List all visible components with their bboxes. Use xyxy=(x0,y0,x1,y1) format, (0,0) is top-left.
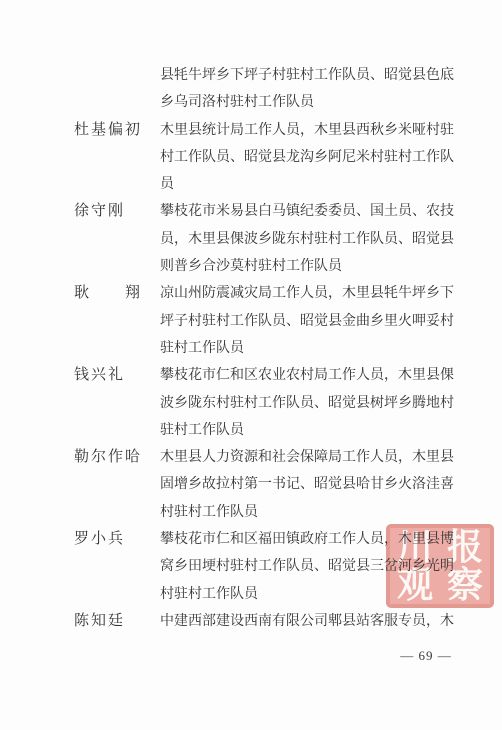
role-text-line: 县牦牛坪乡下坪子村驻村工作队员、昭觉县色底 xyxy=(160,62,455,89)
role-text-line: 驻村工作队员 xyxy=(160,417,455,444)
person-name: 徐守刚 xyxy=(74,198,160,225)
person-name: 罗小兵 xyxy=(74,526,160,553)
page-number: — 69 — xyxy=(396,648,456,664)
role-text-line: 攀枝花市仁和区农业农村局工作人员，木里县倮 xyxy=(160,362,455,389)
role-text-line: 木里县统计局工作人员，木里县西秋乡米哑村驻 xyxy=(160,117,455,144)
person-name: 杜基偏初 xyxy=(74,117,160,144)
list-entry: 徐守刚 攀枝花市米易县白马镇纪委委员、国土员、农技 员，木里县倮波乡陇东村驻村工… xyxy=(74,198,456,280)
role-text-line: 村驻村工作队员 xyxy=(160,499,455,526)
personnel-list: 县牦牛坪乡下坪子村驻村工作队员、昭觉县色底 乡乌司洛村驻村工作队员 杜基偏初 木… xyxy=(74,62,456,635)
list-entry: 钱兴礼 攀枝花市仁和区农业农村局工作人员，木里县倮 波乡陇东村驻村工作队员、昭觉… xyxy=(74,362,456,444)
person-roles: 凉山州防震减灾局工作人员，木里县牦牛坪乡下 坪子村驻村工作队员、昭觉县金曲乡里火… xyxy=(160,280,455,362)
person-name: 陈知廷 xyxy=(74,608,160,635)
role-text-line: 木里县人力资源和社会保障局工作人员，木里县 xyxy=(160,444,455,471)
list-entry-continuation: 县牦牛坪乡下坪子村驻村工作队员、昭觉县色底 乡乌司洛村驻村工作队员 xyxy=(74,62,456,117)
list-entry: 耿 翔 凉山州防震减灾局工作人员，木里县牦牛坪乡下 坪子村驻村工作队员、昭觉县金… xyxy=(74,280,456,362)
person-roles: 攀枝花市仁和区农业农村局工作人员，木里县倮 波乡陇东村驻村工作队员、昭觉县树坪乡… xyxy=(160,362,455,444)
role-text-line: 坪子村驻村工作队员、昭觉县金曲乡里火呷妥村 xyxy=(160,308,455,335)
list-entry: 勒尔作哈 木里县人力资源和社会保障局工作人员，木里县 固增乡故拉村第一书记、昭觉… xyxy=(74,444,456,526)
list-entry: 罗小兵 攀枝花市仁和区福田镇政府工作人员，木里县博 窝乡田埂村驻村工作队员、昭觉… xyxy=(74,526,456,608)
person-name: 钱兴礼 xyxy=(74,362,160,389)
person-roles: 县牦牛坪乡下坪子村驻村工作队员、昭觉县色底 乡乌司洛村驻村工作队员 xyxy=(160,62,455,117)
person-roles: 木里县人力资源和社会保障局工作人员，木里县 固增乡故拉村第一书记、昭觉县哈甘乡火… xyxy=(160,444,455,526)
list-entry: 陈知廷 中建西部建设西南有限公司郫县站客服专员，木 xyxy=(74,608,456,635)
role-text-line: 窝乡田埂村驻村工作队员、昭觉县三岔河乡光明 xyxy=(160,553,455,580)
document-page: 川 报 观 察 县牦牛坪乡下坪子村驻村工作队员、昭觉县色底 乡乌司洛村驻村工作队… xyxy=(0,0,502,730)
person-roles: 攀枝花市米易县白马镇纪委委员、国土员、农技 员，木里县倮波乡陇东村驻村工作队员、… xyxy=(160,198,455,280)
role-text-line: 员 xyxy=(160,171,455,198)
role-text-line: 村工作队员、昭觉县龙沟乡阿尼米村驻村工作队 xyxy=(160,144,455,171)
role-text-line: 攀枝花市仁和区福田镇政府工作人员，木里县博 xyxy=(160,526,455,553)
person-roles: 木里县统计局工作人员，木里县西秋乡米哑村驻 村工作队员、昭觉县龙沟乡阿尼米村驻村… xyxy=(160,117,455,199)
role-text-line: 乡乌司洛村驻村工作队员 xyxy=(160,89,455,116)
person-name: 耿 翔 xyxy=(74,280,160,307)
role-text-line: 则普乡合沙莫村驻村工作队员 xyxy=(160,253,455,280)
role-text-line: 中建西部建设西南有限公司郫县站客服专员，木 xyxy=(160,608,455,635)
role-text-line: 波乡陇东村驻村工作队员、昭觉县树坪乡腾地村 xyxy=(160,390,455,417)
person-roles: 中建西部建设西南有限公司郫县站客服专员，木 xyxy=(160,608,455,635)
role-text-line: 驻村工作队员 xyxy=(160,335,455,362)
list-entry: 杜基偏初 木里县统计局工作人员，木里县西秋乡米哑村驻 村工作队员、昭觉县龙沟乡阿… xyxy=(74,117,456,199)
role-text-line: 攀枝花市米易县白马镇纪委委员、国土员、农技 xyxy=(160,198,455,225)
role-text-line: 固增乡故拉村第一书记、昭觉县哈甘乡火洛洼喜 xyxy=(160,471,455,498)
role-text-line: 凉山州防震减灾局工作人员，木里县牦牛坪乡下 xyxy=(160,280,455,307)
person-roles: 攀枝花市仁和区福田镇政府工作人员，木里县博 窝乡田埂村驻村工作队员、昭觉县三岔河… xyxy=(160,526,455,608)
person-name: 勒尔作哈 xyxy=(74,444,160,471)
role-text-line: 员，木里县倮波乡陇东村驻村工作队员、昭觉县 xyxy=(160,226,455,253)
role-text-line: 村驻村工作队员 xyxy=(160,581,455,608)
